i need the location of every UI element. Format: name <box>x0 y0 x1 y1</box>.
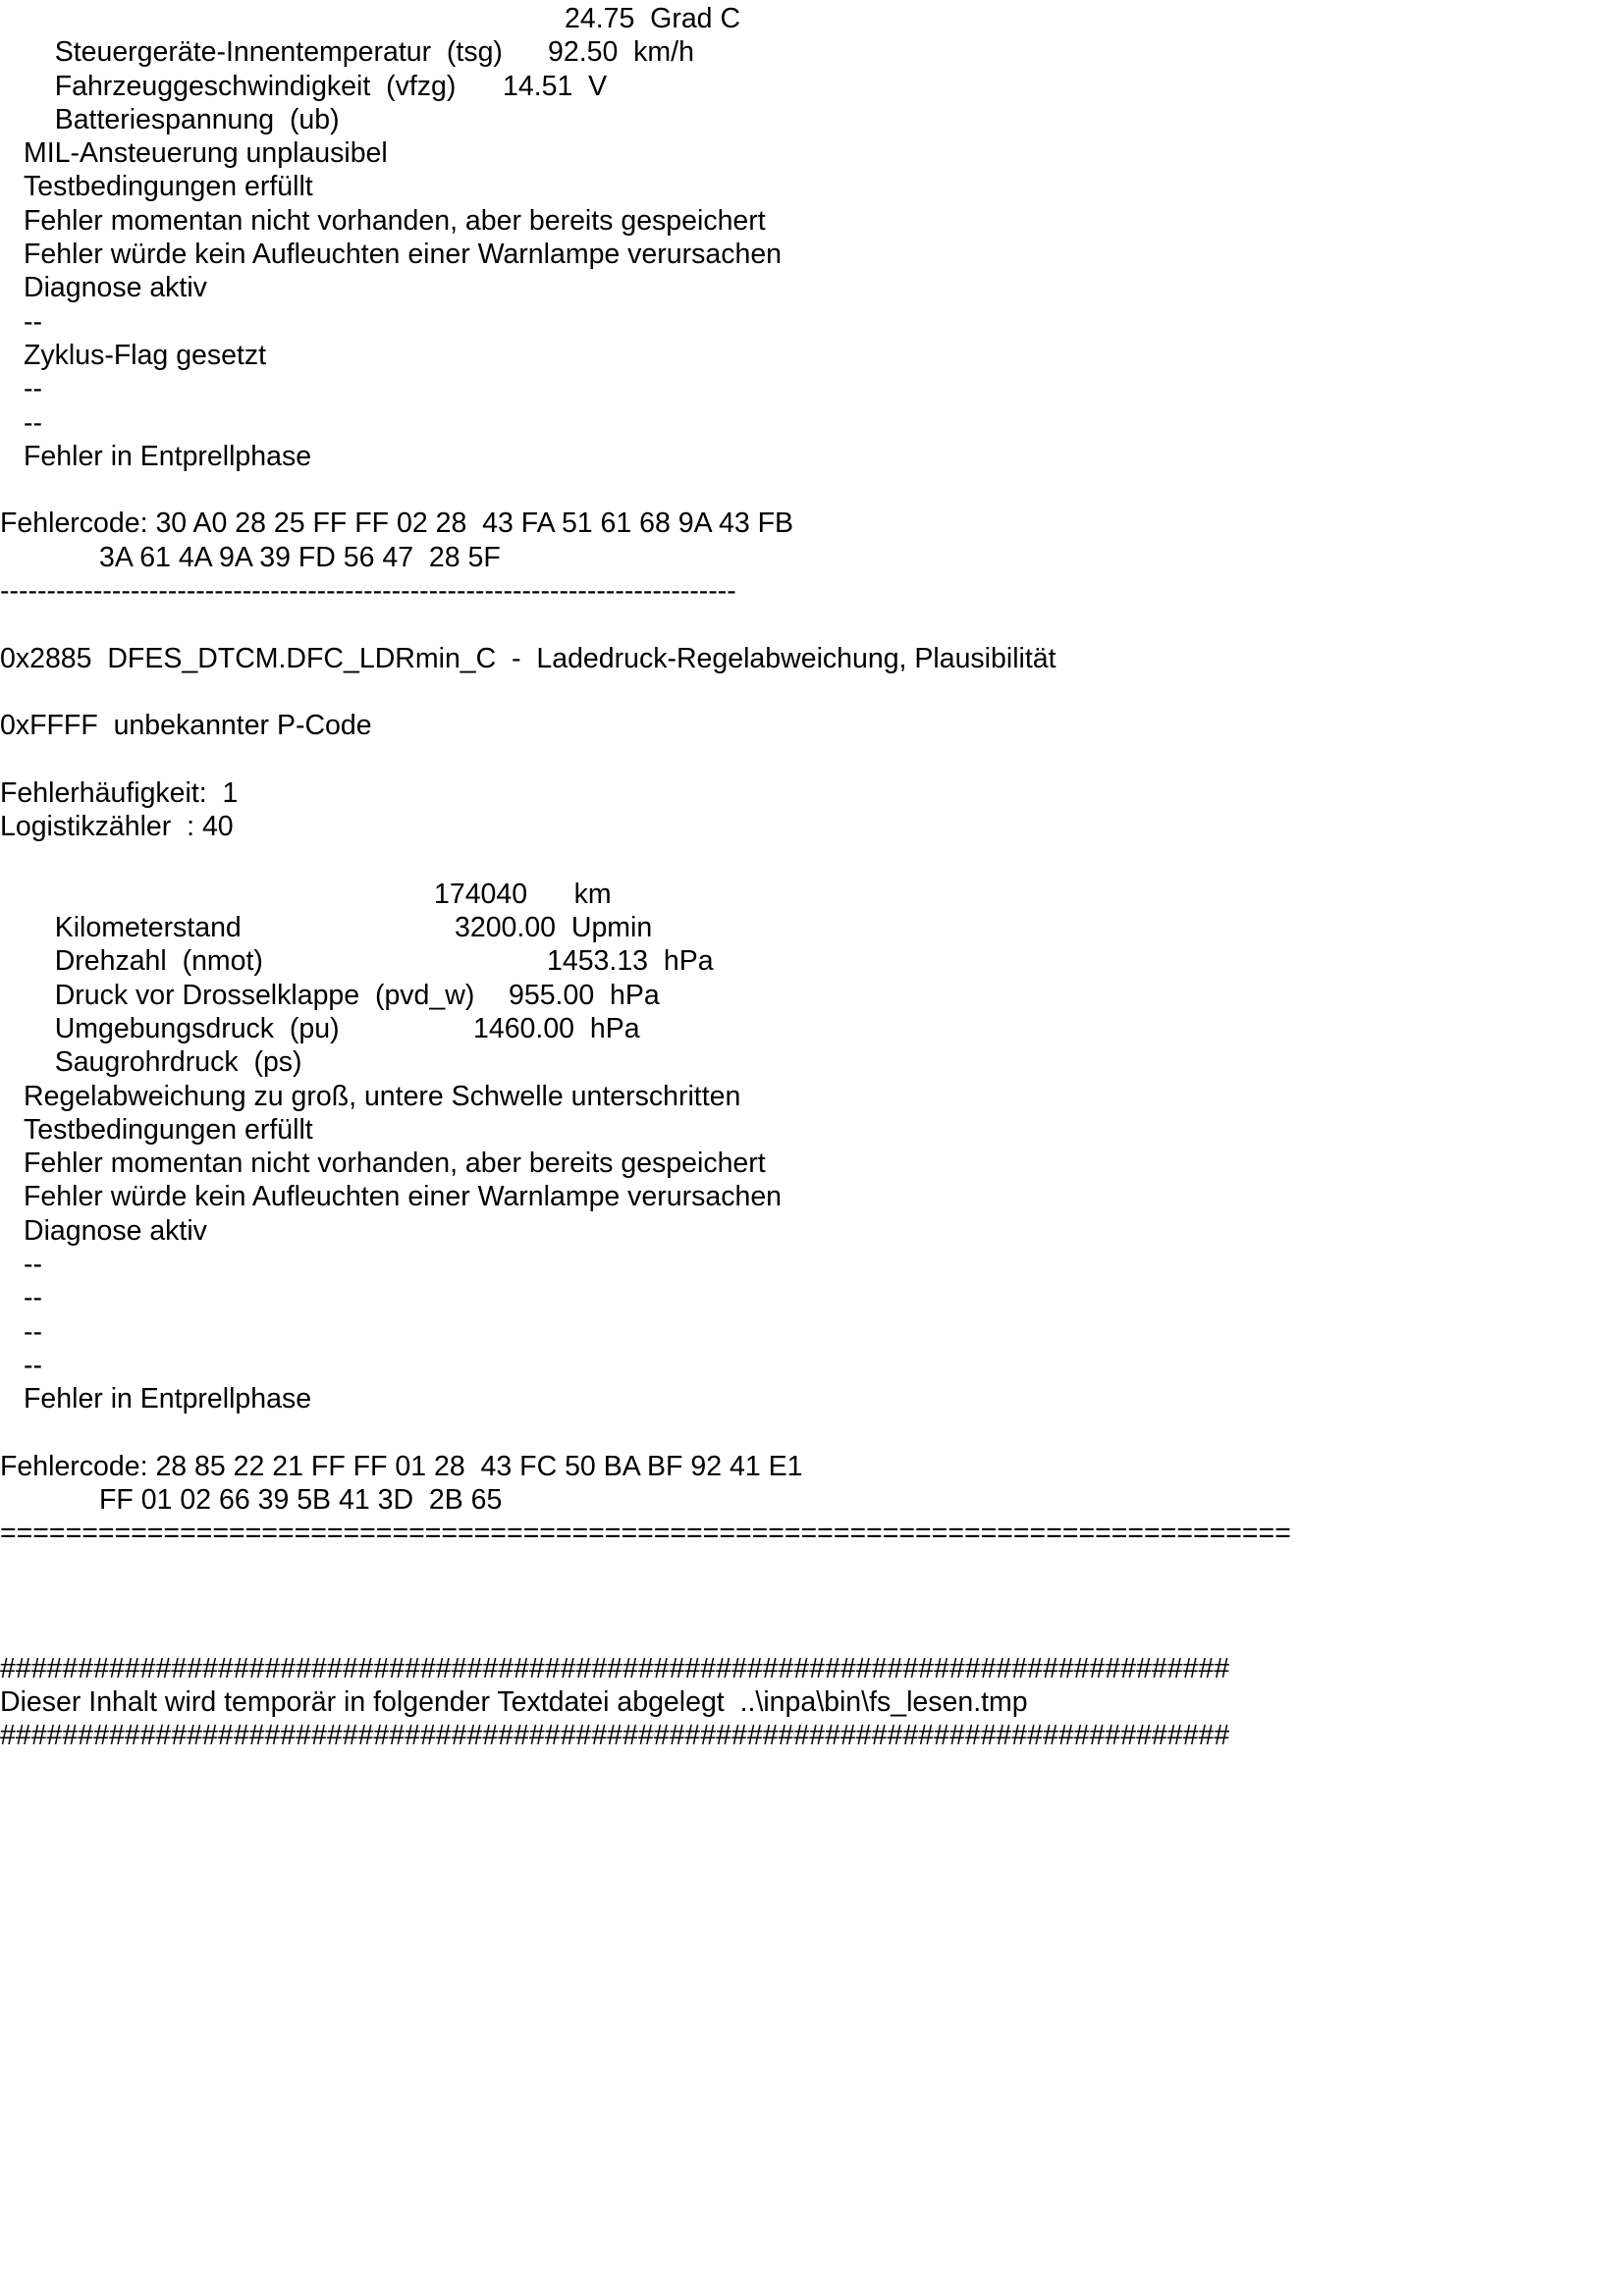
fehlercode-line: Fehlercode: 30 A0 28 25 FF FF 02 28 43 F… <box>0 507 1624 540</box>
logistic-label: Logistikzähler : <box>0 811 194 842</box>
status-line: Regelabweichung zu groß, untere Schwelle… <box>0 1080 1624 1113</box>
status-line: Diagnose aktiv <box>0 271 1624 304</box>
frequency-label: Fehlerhäufigkeit: <box>0 777 207 809</box>
env-value: 24.75 Grad C <box>565 2 740 35</box>
fehlercode-continuation: 3A 61 4A 9A 39 FD 56 47 28 5F <box>0 541 1624 574</box>
fault-memory-printout: Steuergeräte-Innentemperatur (tsg) 24.75… <box>0 2 1624 1752</box>
fehlercode-bytes: 28 85 22 21 FF FF 01 28 43 FC 50 BA BF 9… <box>155 1451 802 1482</box>
env-value: 3200.00 Upmin <box>455 911 652 944</box>
status-line: Fehler würde kein Aufleuchten einer Warn… <box>0 1180 1624 1213</box>
env-value: 92.50 km/h <box>548 35 694 69</box>
temp-file-note: Dieser Inhalt wird temporär in folgender… <box>0 1685 1624 1719</box>
blank-line <box>0 1618 1624 1651</box>
status-line: MIL-Ansteuerung unplausibel <box>0 136 1624 170</box>
fehlercode-line: Fehlercode: 28 85 22 21 FF FF 01 28 43 F… <box>0 1450 1624 1483</box>
status-line: -- <box>0 1281 1624 1314</box>
blank-line <box>0 103 1624 136</box>
status-line: Diagnose aktiv <box>0 1214 1624 1248</box>
equals-separator: ========================================… <box>0 1517 1624 1550</box>
env-value: 1460.00 hPa <box>473 1012 640 1045</box>
status-line: -- <box>0 1248 1624 1281</box>
status-line: -- <box>0 406 1624 440</box>
env-value: 955.00 hPa <box>509 979 660 1012</box>
status-line: Fehler würde kein Aufleuchten einer Warn… <box>0 238 1624 271</box>
blank-line <box>0 473 1624 507</box>
env-value: 14.51 V <box>503 70 607 103</box>
env-row: Fahrzeuggeschwindigkeit (vfzg) 92.50 km/… <box>0 35 1624 69</box>
blank-line <box>0 675 1624 709</box>
status-line: -- <box>0 1349 1624 1382</box>
hash-separator: ########################################… <box>0 1652 1624 1685</box>
env-row: Druck vor Drosselklappe (pvd_w) 1453.13 … <box>0 944 1624 978</box>
fehlercode-continuation: FF 01 02 66 39 5B 41 3D 2B 65 <box>0 1483 1624 1517</box>
status-line: Fehler momentan nicht vorhanden, aber be… <box>0 204 1624 238</box>
fault-header: 0x2885 DFES_DTCM.DFC_LDRmin_C - Ladedruc… <box>0 642 1624 675</box>
pcode-line: 0xFFFF unbekannter P-Code <box>0 709 1624 742</box>
blank-line <box>0 608 1624 641</box>
frequency-value: 1 <box>223 777 239 809</box>
blank-line <box>0 1551 1624 1584</box>
env-row: Umgebungsdruck (pu) 955.00 hPa <box>0 979 1624 1012</box>
blank-line <box>0 1415 1624 1449</box>
env-row: Kilometerstand 174040 km <box>0 878 1624 911</box>
status-line: -- <box>0 372 1624 405</box>
fehlercode-label: Fehlercode: <box>0 1451 148 1482</box>
fehlercode-bytes: 30 A0 28 25 FF FF 02 28 43 FA 51 61 68 9… <box>155 507 793 539</box>
blank-line <box>0 843 1624 877</box>
fehlercode-label: Fehlercode: <box>0 507 148 539</box>
logistic-line: Logistikzähler : 40 <box>0 810 1624 843</box>
env-row: Batteriespannung (ub) 14.51 V <box>0 70 1624 103</box>
dash-separator: ----------------------------------------… <box>0 574 1624 608</box>
env-row: Saugrohrdruck (ps) 1460.00 hPa <box>0 1012 1624 1045</box>
status-line: -- <box>0 1315 1624 1349</box>
hash-separator: ########################################… <box>0 1719 1624 1752</box>
status-line: Fehler in Entprellphase <box>0 1382 1624 1415</box>
status-line: Fehler in Entprellphase <box>0 440 1624 473</box>
env-value: 1453.13 hPa <box>547 944 714 978</box>
status-line: Fehler momentan nicht vorhanden, aber be… <box>0 1147 1624 1180</box>
blank-line <box>0 1584 1624 1618</box>
status-line: Zyklus-Flag gesetzt <box>0 339 1624 372</box>
env-value: 174040 km <box>434 878 612 911</box>
status-line: Testbedingungen erfüllt <box>0 170 1624 203</box>
status-line: Testbedingungen erfüllt <box>0 1113 1624 1147</box>
env-row: Drehzahl (nmot) 3200.00 Upmin <box>0 911 1624 944</box>
env-row: Steuergeräte-Innentemperatur (tsg) 24.75… <box>0 2 1624 35</box>
logistic-value: 40 <box>202 811 234 842</box>
blank-line <box>0 743 1624 776</box>
frequency-line: Fehlerhäufigkeit: 1 <box>0 776 1624 810</box>
status-line: -- <box>0 305 1624 339</box>
blank-line <box>0 1045 1624 1079</box>
